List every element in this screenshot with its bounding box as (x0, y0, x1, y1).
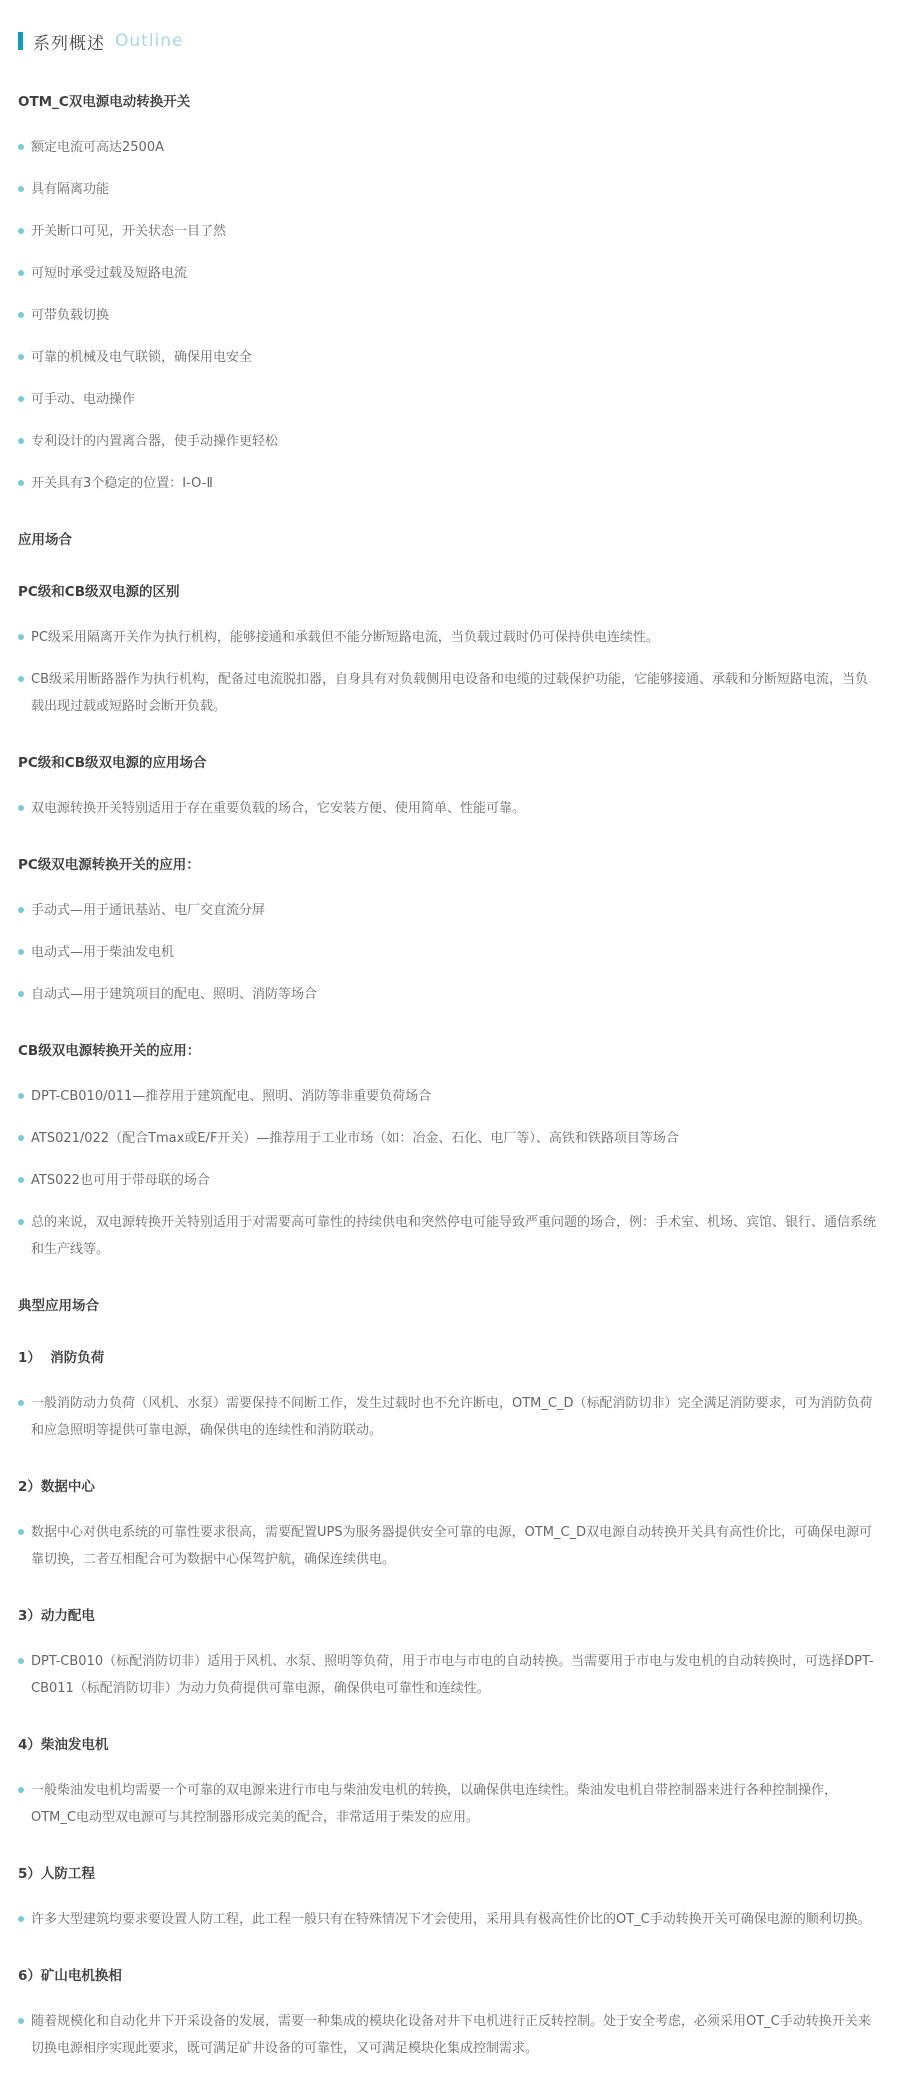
bullet-dot-icon (18, 991, 24, 997)
bullet-item: 可手动、电动操作 (18, 386, 878, 413)
bullet-item: 可靠的机械及电气联锁，确保用电安全 (18, 344, 878, 371)
bullet-item: 数据中心对供电系统的可靠性要求很高，需要配置UPS为服务器提供安全可靠的电源，O… (18, 1519, 878, 1573)
bullet-dot-icon (18, 186, 24, 192)
bullet-dot-icon (18, 907, 24, 913)
bullet-text: 专利设计的内置离合器，使手动操作更轻松 (31, 434, 278, 449)
bullet-dot-icon (18, 270, 24, 276)
bullet-text: 一般柴油发电机均需要一个可靠的双电源来进行市电与柴油发电机的转换，以确保供电连续… (31, 1783, 837, 1825)
bullet-item: 电动式—用于柴油发电机 (18, 939, 878, 966)
section: 6）矿山电机换相随着规模化和自动化井下开采设备的发展，需要一种集成的模块化设备对… (18, 1967, 878, 2062)
bullet-dot-icon (18, 676, 24, 682)
bullet-item: DPT-CB010（标配消防切非）适用于风机、水泵、照明等负荷，用于市电与市电的… (18, 1648, 878, 1702)
bullet-text: 可短时承受过载及短路电流 (31, 266, 187, 281)
bullet-dot-icon (18, 805, 24, 811)
bullet-text: 双电源转换开关特别适用于存在重要负载的场合，它安装方便、使用简单、性能可靠。 (31, 801, 525, 816)
section: PC级双电源转换开关的应用：手动式—用于通讯基站、电厂交直流分屏电动式—用于柴油… (18, 856, 878, 1008)
bullet-text: CB级采用断路器作为执行机构，配备过电流脱扣器，自身具有对负载侧用电设备和电缆的… (31, 672, 868, 714)
bullet-item: 随着规模化和自动化井下开采设备的发展，需要一种集成的模块化设备对井下电机进行正反… (18, 2008, 878, 2062)
section-heading: PC级和CB级双电源的应用场合 (18, 754, 878, 772)
bullet-text: ATS022也可用于带母联的场合 (31, 1173, 210, 1188)
bullet-item: 具有隔离功能 (18, 176, 878, 203)
section-heading: 5）人防工程 (18, 1865, 878, 1883)
section: 4）柴油发电机一般柴油发电机均需要一个可靠的双电源来进行市电与柴油发电机的转换，… (18, 1736, 878, 1831)
bullet-item: 开关断口可见，开关状态一目了然 (18, 218, 878, 245)
section: 3）动力配电DPT-CB010（标配消防切非）适用于风机、水泵、照明等负荷，用于… (18, 1607, 878, 1702)
bullet-dot-icon (18, 1787, 24, 1793)
bullet-dot-icon (18, 144, 24, 150)
bullet-item: 可带负载切换 (18, 302, 878, 329)
page-title-zh: 系列概述 (33, 29, 105, 54)
bullet-text: 可手动、电动操作 (31, 392, 135, 407)
section-heading: 1） 消防负荷 (18, 1349, 878, 1367)
section: 典型应用场合 (18, 1297, 878, 1315)
bullet-dot-icon (18, 1658, 24, 1664)
bullet-text: 手动式—用于通讯基站、电厂交直流分屏 (31, 903, 265, 918)
bullet-dot-icon (18, 1135, 24, 1141)
bullet-item: 开关具有3个稳定的位置：Ⅰ-O-Ⅱ (18, 470, 878, 497)
section-heading: 3）动力配电 (18, 1607, 878, 1625)
bullet-dot-icon (18, 1177, 24, 1183)
bullet-dot-icon (18, 354, 24, 360)
bullet-text: 可靠的机械及电气联锁，确保用电安全 (31, 350, 252, 365)
bullet-item: ATS021/022（配合Tmax或E/F开关）—推荐用于工业市场（如：冶金、石… (18, 1125, 878, 1152)
bullet-item: 自动式—用于建筑项目的配电、照明、消防等场合 (18, 981, 878, 1008)
bullet-text: 开关具有3个稳定的位置：Ⅰ-O-Ⅱ (31, 476, 213, 491)
bullet-text: 开关断口可见，开关状态一目了然 (31, 224, 226, 239)
bullet-item: 一般柴油发电机均需要一个可靠的双电源来进行市电与柴油发电机的转换，以确保供电连续… (18, 1777, 878, 1831)
bullet-dot-icon (18, 228, 24, 234)
section-heading: PC级双电源转换开关的应用： (18, 856, 878, 874)
bullet-text: 具有隔离功能 (31, 182, 109, 197)
section-heading: 典型应用场合 (18, 1297, 878, 1315)
content-sections: OTM_C双电源电动转换开关额定电流可高达2500A具有隔离功能开关断口可见，开… (18, 93, 878, 2062)
bullet-dot-icon (18, 312, 24, 318)
bullet-item: CB级采用断路器作为执行机构，配备过电流脱扣器，自身具有对负载侧用电设备和电缆的… (18, 666, 878, 720)
bullet-item: 额定电流可高达2500A (18, 134, 878, 161)
bullet-dot-icon (18, 949, 24, 955)
section: 应用场合 (18, 531, 878, 549)
bullet-text: 电动式—用于柴油发电机 (31, 945, 174, 960)
bullet-dot-icon (18, 480, 24, 486)
bullet-dot-icon (18, 1916, 24, 1922)
section: 5）人防工程许多大型建筑均要求要设置人防工程，此工程一般只有在特殊情况下才会使用… (18, 1865, 878, 1933)
section: 2）数据中心数据中心对供电系统的可靠性要求很高，需要配置UPS为服务器提供安全可… (18, 1478, 878, 1573)
bullet-text: 总的来说，双电源转换开关特别适用于对需要高可靠性的持续供电和突然停电可能导致严重… (31, 1215, 876, 1257)
accent-bar-icon (18, 32, 23, 50)
bullet-dot-icon (18, 1400, 24, 1406)
section-heading: 应用场合 (18, 531, 878, 549)
bullet-dot-icon (18, 438, 24, 444)
bullet-text: DPT-CB010（标配消防切非）适用于风机、水泵、照明等负荷，用于市电与市电的… (31, 1654, 873, 1696)
section: CB级双电源转换开关的应用：DPT-CB010/011—推荐用于建筑配电、照明、… (18, 1042, 878, 1263)
bullet-text: 许多大型建筑均要求要设置人防工程，此工程一般只有在特殊情况下才会使用，采用具有极… (31, 1912, 871, 1927)
section: OTM_C双电源电动转换开关额定电流可高达2500A具有隔离功能开关断口可见，开… (18, 93, 878, 497)
bullet-text: 随着规模化和自动化井下开采设备的发展，需要一种集成的模块化设备对井下电机进行正反… (31, 2014, 871, 2056)
bullet-text: 额定电流可高达2500A (31, 140, 164, 155)
bullet-text: 数据中心对供电系统的可靠性要求很高，需要配置UPS为服务器提供安全可靠的电源，O… (31, 1525, 872, 1567)
section-heading: 2）数据中心 (18, 1478, 878, 1496)
section: 1） 消防负荷一般消防动力负荷（风机、水泵）需要保持不间断工作，发生过载时也不允… (18, 1349, 878, 1444)
section-heading: PC级和CB级双电源的区别 (18, 583, 878, 601)
bullet-item: PC级采用隔离开关作为执行机构，能够接通和承载但不能分断短路电流，当负载过载时仍… (18, 624, 878, 651)
bullet-dot-icon (18, 1529, 24, 1535)
bullet-text: 可带负载切换 (31, 308, 109, 323)
section: PC级和CB级双电源的区别PC级采用隔离开关作为执行机构，能够接通和承载但不能分… (18, 583, 878, 720)
bullet-text: DPT-CB010/011—推荐用于建筑配电、照明、消防等非重要负荷场合 (31, 1089, 431, 1104)
bullet-item: 一般消防动力负荷（风机、水泵）需要保持不间断工作，发生过载时也不允许断电，OTM… (18, 1390, 878, 1444)
bullet-item: 可短时承受过载及短路电流 (18, 260, 878, 287)
section: PC级和CB级双电源的应用场合双电源转换开关特别适用于存在重要负载的场合，它安装… (18, 754, 878, 822)
bullet-text: 自动式—用于建筑项目的配电、照明、消防等场合 (31, 987, 317, 1002)
bullet-item: 专利设计的内置离合器，使手动操作更轻松 (18, 428, 878, 455)
bullet-text: 一般消防动力负荷（风机、水泵）需要保持不间断工作，发生过载时也不允许断电，OTM… (31, 1396, 872, 1438)
bullet-item: DPT-CB010/011—推荐用于建筑配电、照明、消防等非重要负荷场合 (18, 1083, 878, 1110)
bullet-item: 双电源转换开关特别适用于存在重要负载的场合，它安装方便、使用简单、性能可靠。 (18, 795, 878, 822)
bullet-dot-icon (18, 1093, 24, 1099)
bullet-dot-icon (18, 634, 24, 640)
bullet-text: PC级采用隔离开关作为执行机构，能够接通和承载但不能分断短路电流，当负载过载时仍… (31, 630, 659, 645)
catalog-outline-page: 系列概述 Outline OTM_C双电源电动转换开关额定电流可高达2500A具… (0, 0, 900, 2072)
page-header: 系列概述 Outline (18, 30, 878, 52)
bullet-item: 总的来说，双电源转换开关特别适用于对需要高可靠性的持续供电和突然停电可能导致严重… (18, 1209, 878, 1263)
bullet-item: 手动式—用于通讯基站、电厂交直流分屏 (18, 897, 878, 924)
bullet-dot-icon (18, 1219, 24, 1225)
bullet-dot-icon (18, 396, 24, 402)
page-title-en: Outline (115, 31, 184, 51)
bullet-item: ATS022也可用于带母联的场合 (18, 1167, 878, 1194)
bullet-item: 许多大型建筑均要求要设置人防工程，此工程一般只有在特殊情况下才会使用，采用具有极… (18, 1906, 878, 1933)
section-heading: 4）柴油发电机 (18, 1736, 878, 1754)
section-heading: OTM_C双电源电动转换开关 (18, 93, 878, 111)
bullet-dot-icon (18, 2018, 24, 2024)
section-heading: CB级双电源转换开关的应用： (18, 1042, 878, 1060)
bullet-text: ATS021/022（配合Tmax或E/F开关）—推荐用于工业市场（如：冶金、石… (31, 1131, 679, 1146)
section-heading: 6）矿山电机换相 (18, 1967, 878, 1985)
